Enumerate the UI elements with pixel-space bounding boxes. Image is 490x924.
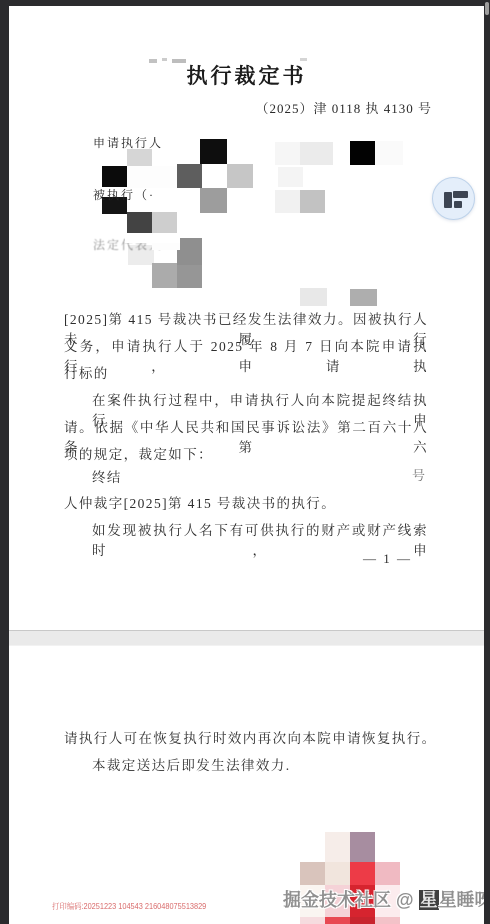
body-line: 行标的 — [64, 362, 109, 382]
badge-glyph-square — [454, 201, 462, 208]
redaction-block — [375, 141, 403, 165]
redaction-block — [275, 142, 300, 165]
watermark-prefix: 掘金技术社区 @ — [283, 890, 419, 910]
redaction-block — [325, 917, 350, 924]
redaction-block — [325, 832, 350, 862]
watermark-boxed-char: 星 — [419, 890, 439, 910]
left-chrome-bar — [0, 0, 9, 924]
redaction-block — [300, 917, 325, 924]
page-separator — [0, 630, 490, 646]
scrollbar-thumb[interactable] — [485, 2, 489, 15]
body-line: 请执行人可在恢复执行时效内再次向本院申请恢复执行。 — [64, 727, 437, 747]
community-watermark: 掘金技术社区 @ 星星睡呀 — [283, 886, 490, 912]
redaction-block — [127, 212, 152, 235]
redaction-block — [278, 167, 303, 187]
document-viewer-screen: 执行裁定书 （2025）津 0118 执 4130 号 申请执行人 被执行（· … — [0, 0, 490, 924]
body-line: 本裁定送达后即发生法律效力. — [92, 754, 290, 774]
redaction-block — [177, 238, 202, 265]
applicant-label: 申请执行人 — [93, 134, 163, 151]
redaction-block — [350, 141, 375, 165]
redaction-block — [177, 265, 202, 288]
body-line: 人仲裁字[2025]第 415 号裁决书的执行。 — [64, 492, 336, 512]
redaction-block — [102, 166, 127, 187]
case-number: （2025）津 0118 执 4130 号 — [255, 98, 432, 117]
legal-representative-label: 法定代表人· — [93, 236, 169, 253]
badge-glyph-horizontal-bar — [453, 191, 468, 198]
redacted-line-fragment: 号 — [412, 465, 425, 484]
redaction-block — [300, 190, 325, 213]
redaction-block — [350, 862, 375, 885]
floating-tool-badge[interactable] — [432, 177, 475, 220]
redaction-block — [200, 139, 227, 164]
redaction-block — [350, 917, 375, 924]
redaction-block — [375, 862, 400, 885]
redaction-block — [127, 149, 152, 167]
page-number: — 1 — — [363, 551, 412, 567]
redaction-block — [227, 164, 253, 188]
top-chrome-bar — [0, 0, 490, 6]
redaction-block — [177, 164, 202, 188]
print-code: 打印编码:20251223 104543 216048075513829 — [52, 901, 206, 912]
redaction-block — [275, 190, 300, 213]
redaction-block — [152, 212, 177, 235]
redaction-block — [202, 164, 227, 188]
redaction-block — [350, 289, 377, 306]
watermark-suffix: 星睡呀 — [439, 890, 490, 910]
respondent-label: 被执行（· — [93, 186, 155, 203]
redaction-block — [325, 862, 350, 885]
redaction-block — [300, 288, 327, 306]
redaction-block — [127, 166, 177, 188]
body-line: 义务，申请执行人于 2025 年 8 月 7 日向本院申请执行，申请执 — [64, 335, 428, 375]
redaction-block — [300, 142, 333, 165]
body-line: 项的规定，裁定如下： — [64, 443, 213, 463]
redaction-block — [200, 188, 227, 213]
right-chrome-bar — [484, 0, 490, 924]
redaction-block — [300, 862, 325, 885]
redaction-block — [152, 263, 177, 288]
redaction-block — [350, 832, 375, 862]
badge-glyph-vertical-bar — [444, 192, 452, 208]
page-title: 执行裁定书 — [9, 60, 484, 90]
body-line: 终结 — [92, 466, 122, 486]
redaction-block — [375, 917, 400, 924]
